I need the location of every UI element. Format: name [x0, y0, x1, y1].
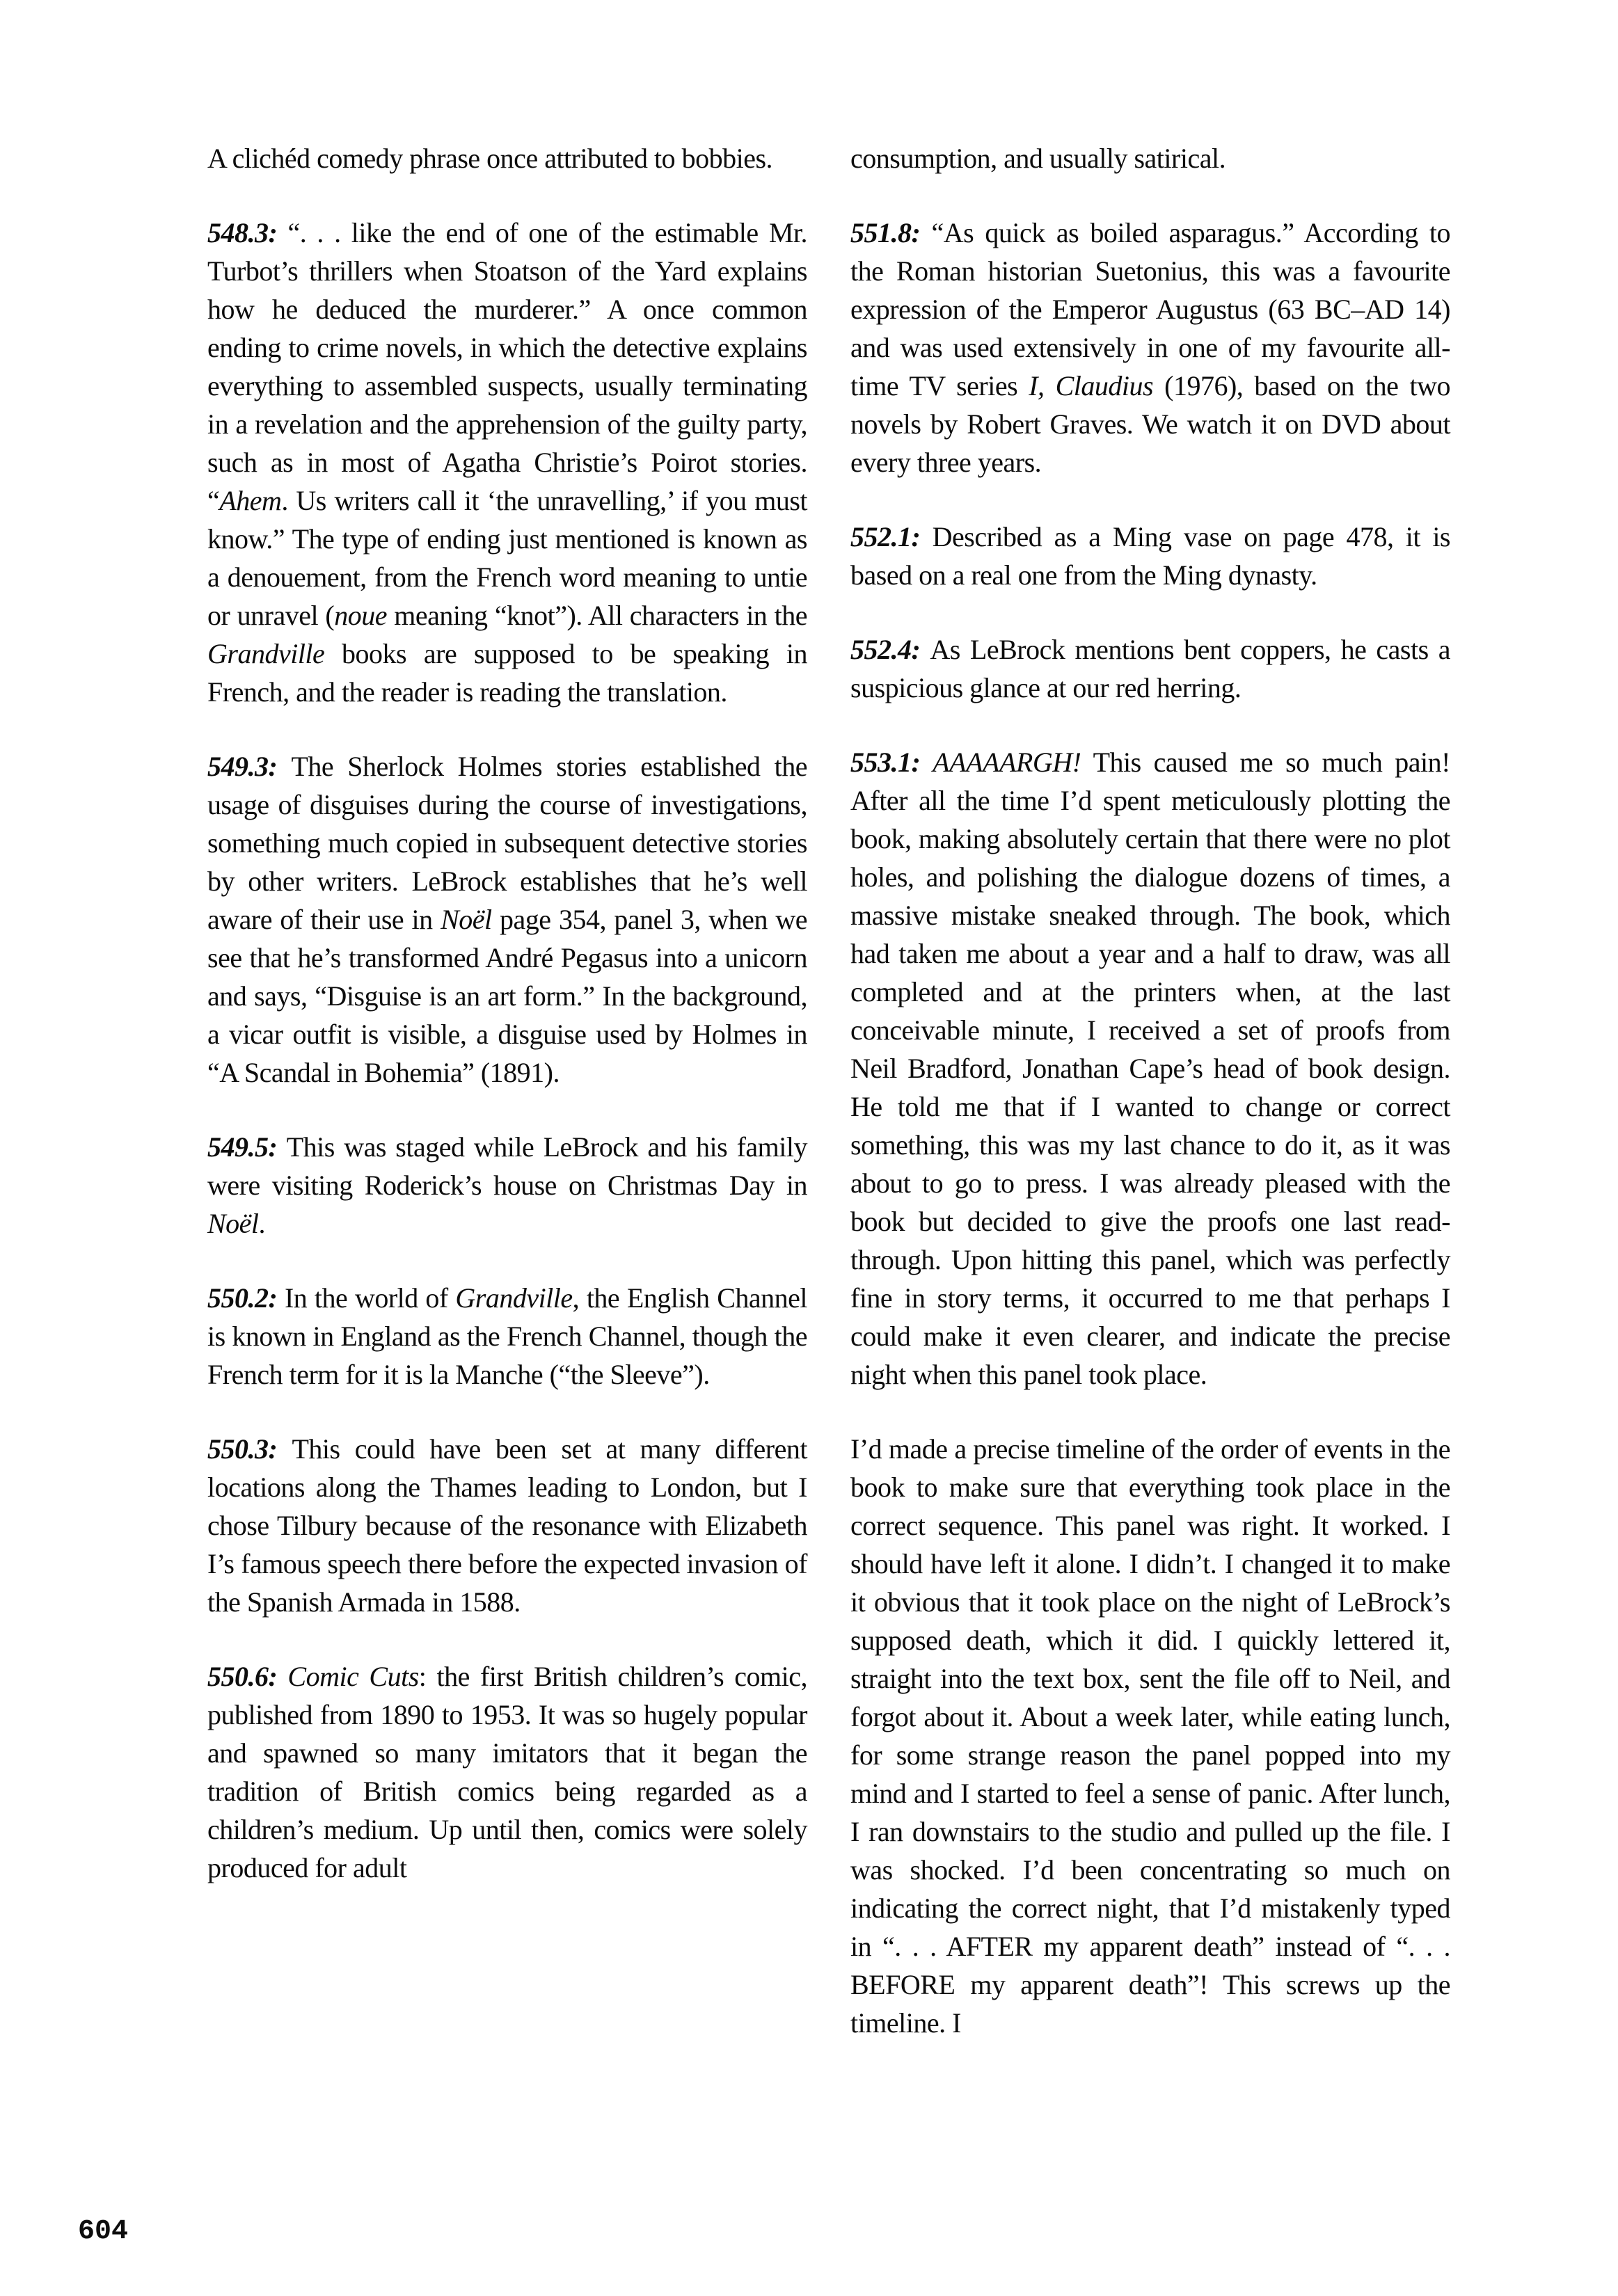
text-segment: consumption, and usually satirical. — [850, 143, 1226, 174]
left-column: A clichéd comedy phrase once attributed … — [207, 139, 807, 1887]
note-number: 549.3: — [207, 751, 291, 782]
text-segment: This was staged while LeBrock and his fa… — [207, 1131, 807, 1201]
text-segment: Noël — [441, 904, 492, 935]
book-page: A clichéd comedy phrase once attributed … — [0, 0, 1618, 2296]
text-segment: “. . . like the end of one of the estima… — [207, 217, 807, 516]
note-551-8: 551.8: “As quick as boiled asparagus.” A… — [850, 214, 1450, 481]
note-550-6: 550.6: Comic Cuts: the first British chi… — [207, 1657, 807, 1887]
note-552-4: 552.4: As LeBrock mentions bent coppers,… — [850, 630, 1450, 707]
right-column: consumption, and usually satirical.551.8… — [850, 139, 1450, 2042]
text-segment: . — [259, 1208, 266, 1239]
note-number: 552.4: — [850, 634, 930, 665]
text-segment: Comic Cuts — [287, 1661, 418, 1692]
para-continuation-left: A clichéd comedy phrase once attributed … — [207, 139, 807, 177]
note-552-1: 552.1: Described as a Ming vase on page … — [850, 518, 1450, 594]
page-number: 604 — [78, 2218, 128, 2246]
note-550-2: 550.2: In the world of Grandville, the E… — [207, 1279, 807, 1394]
note-number: 548.3: — [207, 217, 288, 248]
text-segment: : the first British children’s comic, pu… — [207, 1661, 807, 1883]
para-continuation-right: consumption, and usually satirical. — [850, 139, 1450, 177]
text-segment: I, Claudius — [1029, 370, 1153, 401]
text-segment: Grandville — [207, 638, 324, 669]
text-segment: meaning “knot”). All characters in the — [387, 600, 807, 631]
text-segment: I’d made a precise timeline of the order… — [850, 1433, 1450, 2039]
note-548-3: 548.3: “. . . like the end of one of the… — [207, 214, 807, 711]
note-number: 551.8: — [850, 217, 931, 248]
note-549-3: 549.3: The Sherlock Holmes stories estab… — [207, 747, 807, 1092]
text-segment: This caused me so much pain! After all t… — [850, 747, 1450, 1390]
note-number: 553.1: — [850, 747, 933, 778]
text-segment: In the world of — [285, 1282, 455, 1314]
text-segment: A clichéd comedy phrase once attributed … — [207, 143, 772, 174]
note-number: 550.6: — [207, 1661, 287, 1692]
text-segment: Described as a Ming vase on page 478, it… — [850, 521, 1450, 591]
text-segment: As LeBrock mentions bent coppers, he cas… — [850, 634, 1450, 703]
note-number: 549.5: — [207, 1131, 287, 1163]
note-number: 552.1: — [850, 521, 933, 552]
text-segment: Grandville — [455, 1282, 572, 1314]
text-segment: Ahem — [219, 485, 281, 516]
note-549-5: 549.5: This was staged while LeBrock and… — [207, 1128, 807, 1243]
text-segment: This could have been set at many differe… — [207, 1433, 807, 1618]
note-number: 550.2: — [207, 1282, 285, 1314]
note-number: 550.3: — [207, 1433, 292, 1465]
text-segment: AAAAARGH! — [933, 747, 1081, 778]
text-segment: Noël — [207, 1208, 259, 1239]
text-segment: noue — [334, 600, 387, 631]
note-550-3: 550.3: This could have been set at many … — [207, 1430, 807, 1621]
para-timeline: I’d made a precise timeline of the order… — [850, 1430, 1450, 2042]
note-553-1: 553.1: AAAAARGH! This caused me so much … — [850, 743, 1450, 1394]
